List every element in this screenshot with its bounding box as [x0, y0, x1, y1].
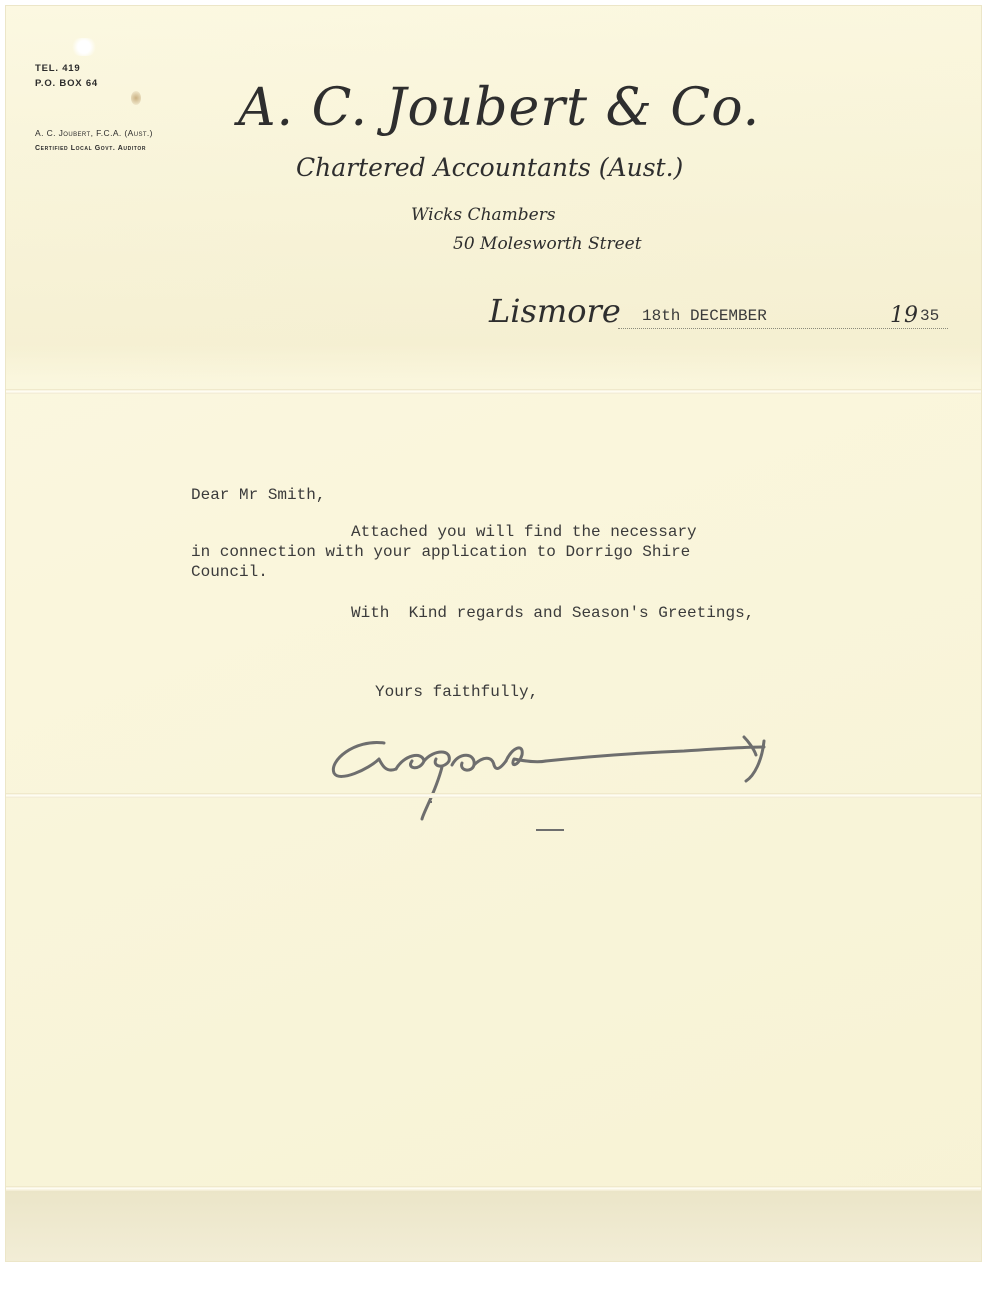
- firm-subtitle: Chartered Accountants (Aust.): [296, 153, 683, 182]
- letter-page: TEL. 419 P.O. BOX 64 A. C. Joubert, F.C.…: [6, 6, 981, 1261]
- proprietor-name: A. C. Joubert, F.C.A. (Aust.): [35, 126, 153, 141]
- fold-crease: [6, 1186, 981, 1191]
- closing-line: With Kind regards and Season's Greetings…: [351, 604, 754, 622]
- date-year-typed-suffix: 35: [920, 307, 939, 325]
- body-line: Council.: [191, 563, 268, 581]
- telephone-number: TEL. 419: [35, 61, 98, 76]
- date-year-printed-prefix: 19: [890, 303, 918, 328]
- contact-block: TEL. 419 P.O. BOX 64: [35, 61, 98, 91]
- paper-stain: [131, 91, 141, 105]
- body-line: in connection with your application to D…: [191, 543, 690, 561]
- proprietor-block: A. C. Joubert, F.C.A. (Aust.) Certified …: [35, 126, 153, 156]
- body-line: Attached you will find the necessary: [351, 523, 697, 541]
- address-line-1: Wicks Chambers: [411, 205, 556, 225]
- valediction: Yours faithfully,: [375, 683, 538, 701]
- proprietor-title: Certified Local Govt. Auditor: [35, 141, 153, 156]
- folded-bottom-strip: [6, 1190, 981, 1261]
- address-line-2: 50 Molesworth Street: [453, 234, 642, 254]
- salutation: Dear Mr Smith,: [191, 486, 325, 504]
- paper-damage-hole: [71, 38, 97, 56]
- signature: [324, 721, 794, 831]
- city: Lismore: [489, 292, 621, 330]
- fold-crease: [6, 793, 981, 798]
- fold-crease: [6, 389, 981, 394]
- firm-name: A. C. Joubert & Co.: [238, 78, 760, 138]
- po-box: P.O. BOX 64: [35, 76, 98, 91]
- date-day-month: 18th DECEMBER: [642, 307, 767, 325]
